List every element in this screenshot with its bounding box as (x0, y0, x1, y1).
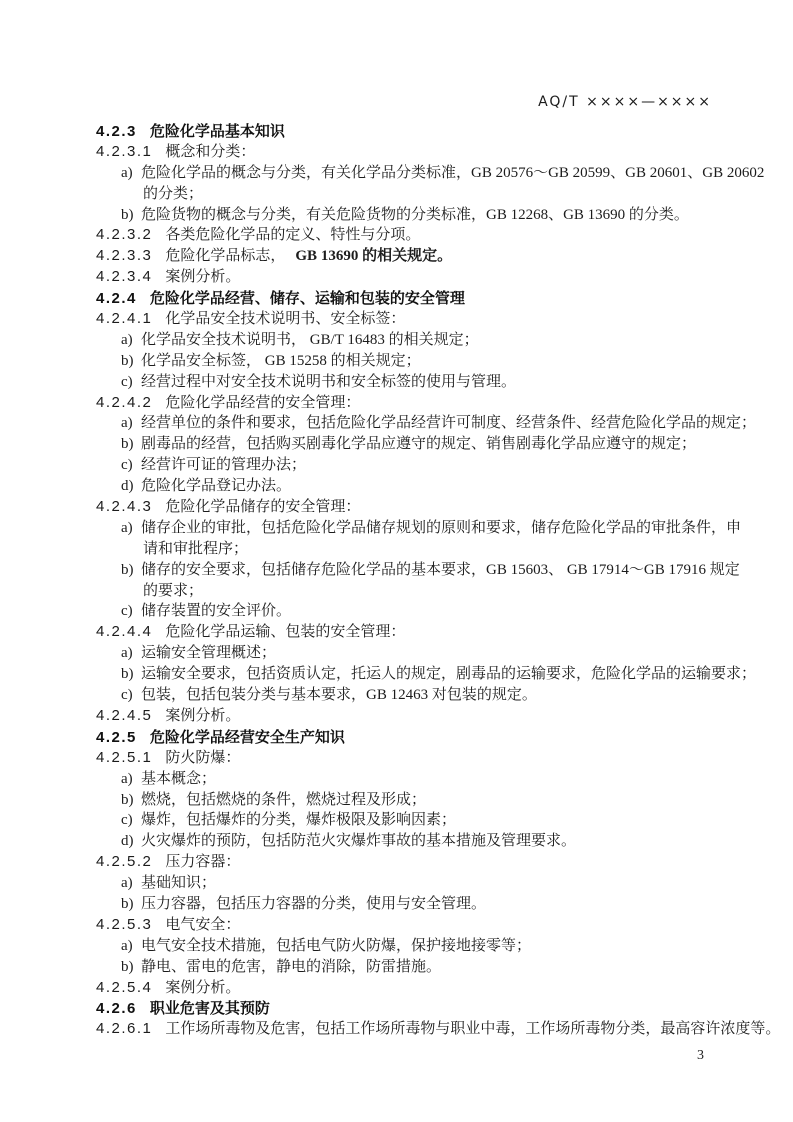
line-text: 化学品安全技术说明书、安全标签： (165, 311, 405, 327)
line-text: 基本概念； (141, 771, 216, 787)
item-label: b) (121, 790, 141, 811)
clause-number: 4.2.3.3 (96, 247, 152, 264)
item-label: c) (121, 455, 141, 476)
clause-number: 4.2.3 (96, 123, 137, 140)
section-heading: 4.2.6职业危害及其预防 (96, 998, 756, 1019)
line-text: 剧毒品的经营，包括购买剧毒化学品应遵守的规定、销售剧毒化学品应遵守的规定； (141, 436, 696, 452)
line-text: 化学品安全技术说明书， GB/T 16483 的相关规定； (141, 332, 479, 348)
list-item: b)运输安全要求，包括资质认定，托运人的规定，剧毒品的运输要求，危险化学品的运输… (96, 664, 756, 685)
clause-number: 4.2.3.2 (96, 226, 152, 243)
list-item: b)静电、雷电的危害，静电的消除，防雷措施。 (96, 957, 756, 978)
line-text: 危险化学品的概念与分类，有关化学品分类标准，GB 20576～GB 20599、… (141, 165, 764, 181)
list-item: c)包装，包括包装分类与基本要求，GB 12463 对包装的规定。 (96, 685, 756, 706)
line-text: 基础知识； (141, 875, 216, 891)
item-label: b) (121, 894, 141, 915)
list-item: a)基本概念； (96, 769, 756, 790)
clause-number: 4.2.3.1 (96, 143, 152, 160)
line-text: 请和审批程序； (143, 541, 248, 557)
clause-line: 4.2.6.1工作场所毒物及危害，包括工作场所毒物与职业中毒，工作场所毒物分类，… (96, 1019, 756, 1040)
clause-number: 4.2.5.2 (96, 853, 152, 870)
line-text: 电气安全技术措施，包括电气防火防爆，保护接地接零等； (141, 938, 531, 954)
clause-number: 4.2.6 (96, 1000, 137, 1017)
list-item: a)基础知识； (96, 873, 756, 894)
line-text: 包装，包括包装分类与基本要求，GB 12463 对包装的规定。 (141, 687, 537, 703)
clause-line: 4.2.5.2压力容器： (96, 852, 756, 873)
line-text: 运输安全要求，包括资质认定，托运人的规定，剧毒品的运输要求，危险化学品的运输要求… (141, 666, 756, 682)
line-text: 危险货物的概念与分类，有关危险货物的分类标准，GB 12268、GB 13690… (141, 207, 689, 223)
standard-number: AQ/T ××××—×××× (538, 94, 712, 110)
clause-number: 4.2.5.3 (96, 916, 152, 933)
line-text: 储存企业的审批，包括危险化学品储存规划的原则和要求，储存危险化学品的审批条件，申 (141, 520, 741, 536)
list-item: a)化学品安全技术说明书， GB/T 16483 的相关规定； (96, 330, 756, 351)
item-label: a) (121, 163, 141, 184)
item-label: a) (121, 936, 141, 957)
line-text: 危险化学品登记办法。 (141, 478, 291, 494)
section-heading: 4.2.4危险化学品经营、储存、运输和包装的安全管理 (96, 288, 756, 309)
item-label: c) (121, 601, 141, 622)
clause-number: 4.2.5 (96, 729, 137, 746)
item-label: b) (121, 664, 141, 685)
line-text: 防火防爆： (165, 750, 240, 766)
clause-number: 4.2.4.3 (96, 498, 152, 515)
line-text: 储存装置的安全评价。 (141, 603, 291, 619)
line-text: 危险化学品基本知识 (150, 122, 285, 140)
item-label: a) (121, 518, 141, 539)
item-label: a) (121, 330, 141, 351)
clause-number: 4.2.4.1 (96, 310, 152, 327)
line-text: 案例分析。 (165, 269, 240, 285)
clause-number: 4.2.4.5 (96, 707, 152, 724)
line-text: 危险化学品经营、储存、运输和包装的安全管理 (150, 289, 465, 307)
line-text: 储存的安全要求，包括储存危险化学品的基本要求，GB 15603、 GB 1791… (141, 562, 740, 578)
clause-number: 4.2.3.4 (96, 268, 152, 285)
line-text: 工作场所毒物及危害，包括工作场所毒物与职业中毒，工作场所毒物分类，最高容许浓度等… (165, 1021, 780, 1037)
continuation-line: 的要求； (96, 581, 756, 602)
line-text: 的分类； (143, 186, 203, 202)
list-item: a)储存企业的审批，包括危险化学品储存规划的原则和要求，储存危险化学品的审批条件… (96, 518, 756, 539)
document-page: AQ/T ××××—×××× 4.2.3危险化学品基本知识4.2.3.1概念和分… (0, 0, 793, 1122)
clause-line: 4.2.4.2危险化学品经营的安全管理： (96, 393, 756, 414)
line-text: 案例分析。 (165, 980, 240, 996)
clause-line: 4.2.3.2各类危险化学品的定义、特性与分项。 (96, 225, 756, 246)
line-text: 静电、雷电的危害，静电的消除，防雷措施。 (141, 959, 441, 975)
line-text: 压力容器，包括压力容器的分类，使用与安全管理。 (141, 896, 486, 912)
list-item: b)压力容器，包括压力容器的分类，使用与安全管理。 (96, 894, 756, 915)
list-item: c)储存装置的安全评价。 (96, 601, 756, 622)
item-label: b) (121, 434, 141, 455)
line-text: 经营过程中对安全技术说明书和安全标签的使用与管理。 (141, 374, 516, 390)
line-text: 危险化学品经营的安全管理： (165, 395, 360, 411)
line-text: 危险化学品标志， (165, 248, 285, 264)
item-label: b) (121, 205, 141, 226)
list-item: c)爆炸，包括爆炸的分类，爆炸极限及影响因素； (96, 810, 756, 831)
line-text: 危险化学品经营安全生产知识 (150, 728, 345, 746)
item-label: d) (121, 831, 141, 852)
continuation-line: 请和审批程序； (96, 539, 756, 560)
line-text-bold: GB 13690 的相关规定。 (295, 248, 452, 264)
item-label: b) (121, 957, 141, 978)
clause-line: 4.2.5.1防火防爆： (96, 748, 756, 769)
list-item: a)运输安全管理概述； (96, 643, 756, 664)
line-text: 经营许可证的管理办法； (141, 457, 306, 473)
list-item: a)经营单位的条件和要求，包括危险化学品经营许可制度、经营条件、经营危险化学品的… (96, 413, 756, 434)
line-text: 火灾爆炸的预防，包括防范火灾爆炸事故的基本措施及管理要求。 (141, 833, 576, 849)
list-item: d)危险化学品登记办法。 (96, 476, 756, 497)
clause-line: 4.2.5.4案例分析。 (96, 978, 756, 999)
list-item: b)储存的安全要求，包括储存危险化学品的基本要求，GB 15603、 GB 17… (96, 560, 756, 581)
line-text: 爆炸，包括爆炸的分类，爆炸极限及影响因素； (141, 812, 456, 828)
list-item: c)经营许可证的管理办法； (96, 455, 756, 476)
clause-line: 4.2.3.3危险化学品标志，GB 13690 的相关规定。 (96, 246, 756, 267)
list-item: b)剧毒品的经营，包括购买剧毒化学品应遵守的规定、销售剧毒化学品应遵守的规定； (96, 434, 756, 455)
list-item: a)危险化学品的概念与分类，有关化学品分类标准，GB 20576～GB 2059… (96, 163, 756, 184)
item-label: a) (121, 873, 141, 894)
clause-line: 4.2.4.1化学品安全技术说明书、安全标签： (96, 309, 756, 330)
clause-number: 4.2.5.1 (96, 749, 152, 766)
line-text: 化学品安全标签， GB 15258 的相关规定； (141, 353, 421, 369)
item-label: a) (121, 413, 141, 434)
clause-number: 4.2.4 (96, 290, 137, 307)
line-text: 运输安全管理概述； (141, 645, 276, 661)
clause-number: 4.2.4.4 (96, 623, 152, 640)
list-item: b)燃烧，包括燃烧的条件，燃烧过程及形成； (96, 790, 756, 811)
item-label: c) (121, 685, 141, 706)
document-body: 4.2.3危险化学品基本知识4.2.3.1概念和分类：a)危险化学品的概念与分类… (96, 121, 756, 1040)
line-text: 危险化学品运输、包装的安全管理： (165, 624, 405, 640)
page-number: 3 (697, 1048, 704, 1063)
item-label: d) (121, 476, 141, 497)
line-text: 概念和分类： (165, 144, 255, 160)
line-text: 职业危害及其预防 (150, 999, 270, 1017)
clause-line: 4.2.4.4危险化学品运输、包装的安全管理： (96, 622, 756, 643)
page-header: AQ/T ××××—×××× (538, 94, 712, 110)
list-item: a)电气安全技术措施，包括电气防火防爆，保护接地接零等； (96, 936, 756, 957)
list-item: d)火灾爆炸的预防，包括防范火灾爆炸事故的基本措施及管理要求。 (96, 831, 756, 852)
line-text: 的要求； (143, 583, 203, 599)
item-label: b) (121, 351, 141, 372)
section-heading: 4.2.5危险化学品经营安全生产知识 (96, 727, 756, 748)
item-label: a) (121, 769, 141, 790)
clause-number: 4.2.5.4 (96, 979, 152, 996)
clause-line: 4.2.3.1概念和分类： (96, 142, 756, 163)
line-text: 危险化学品储存的安全管理： (165, 499, 360, 515)
clause-line: 4.2.4.5案例分析。 (96, 706, 756, 727)
line-text: 各类危险化学品的定义、特性与分项。 (165, 227, 420, 243)
item-label: a) (121, 643, 141, 664)
clause-line: 4.2.5.3电气安全： (96, 915, 756, 936)
page-footer: 3 (697, 1048, 704, 1064)
section-heading: 4.2.3危险化学品基本知识 (96, 121, 756, 142)
item-label: c) (121, 372, 141, 393)
clause-number: 4.2.6.1 (96, 1020, 152, 1037)
line-text: 燃烧，包括燃烧的条件，燃烧过程及形成； (141, 792, 426, 808)
line-text: 经营单位的条件和要求，包括危险化学品经营许可制度、经营条件、经营危险化学品的规定… (141, 415, 756, 431)
list-item: b)危险货物的概念与分类，有关危险货物的分类标准，GB 12268、GB 136… (96, 205, 756, 226)
list-item: c)经营过程中对安全技术说明书和安全标签的使用与管理。 (96, 372, 756, 393)
list-item: b)化学品安全标签， GB 15258 的相关规定； (96, 351, 756, 372)
item-label: c) (121, 810, 141, 831)
line-text: 压力容器： (165, 854, 240, 870)
line-text: 电气安全： (165, 917, 240, 933)
clause-line: 4.2.3.4案例分析。 (96, 267, 756, 288)
clause-line: 4.2.4.3危险化学品储存的安全管理： (96, 497, 756, 518)
line-text: 案例分析。 (165, 708, 240, 724)
continuation-line: 的分类； (96, 184, 756, 205)
clause-number: 4.2.4.2 (96, 394, 152, 411)
item-label: b) (121, 560, 141, 581)
